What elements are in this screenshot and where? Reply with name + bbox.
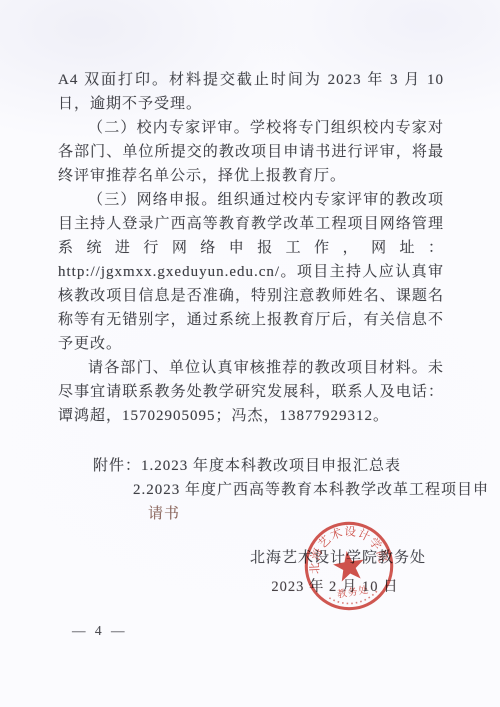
attachments-block: 附件：1.2023 年度本科教改项目申报汇总表2.2023 年度广西高等教育本科… — [58, 454, 444, 526]
page-number: — 4 — — [72, 623, 128, 639]
document-page: A4 双面打印。材料提交截止时间为 2023 年 3 月 10 日，逾期不予受理… — [0, 0, 500, 707]
attachment-line: 请书 — [58, 502, 444, 526]
signature-organization: 北海艺术设计学院教务处 — [250, 546, 420, 570]
signature-date: 2023 年 2 月 10 日 — [250, 575, 420, 599]
document-body: A4 双面打印。材料提交截止时间为 2023 年 3 月 10 日，逾期不予受理… — [58, 68, 444, 526]
paragraphs: A4 双面打印。材料提交截止时间为 2023 年 3 月 10 日，逾期不予受理… — [58, 68, 444, 428]
paragraph: 请各部门、单位认真审核推荐的教改项目材料。未尽事宜请联系教务处教学研究发展科，联… — [58, 356, 444, 428]
attachment-line: 附件：1.2023 年度本科教改项目申报汇总表 — [58, 454, 444, 478]
paragraph: （二）校内专家评审。学校将专门组织校内专家对各部门、单位所提交的教改项目申请书进… — [58, 116, 444, 188]
paragraph: A4 双面打印。材料提交截止时间为 2023 年 3 月 10 日，逾期不予受理… — [58, 68, 444, 116]
attachment-line: 2.2023 年度广西高等教育本科教学改革工程项目申 — [58, 478, 444, 502]
paragraph: （三）网络申报。组织通过校内专家评审的教改项目主持人登录广西高等教育教学改革工程… — [58, 188, 444, 356]
signature-block: 北海艺术设计学院教务处 2023 年 2 月 10 日 — [250, 546, 420, 599]
